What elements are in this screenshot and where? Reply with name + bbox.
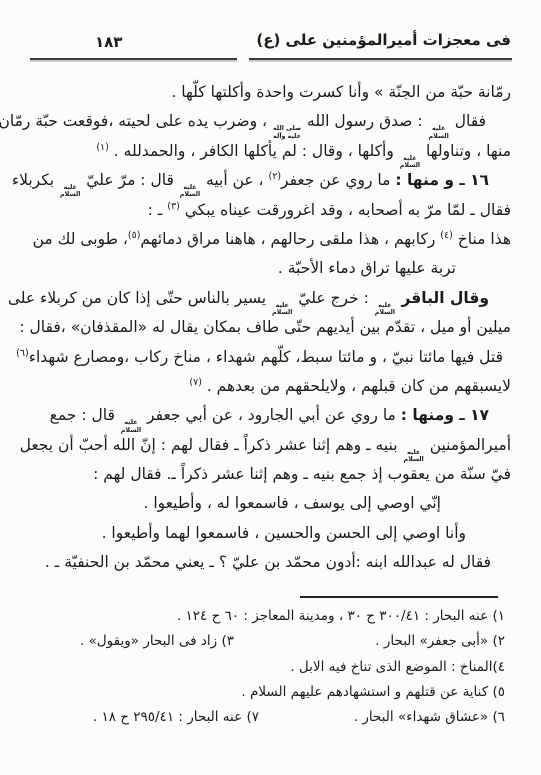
page-title: فى معجزات أميرالمؤمنين على (ع): [256, 31, 511, 49]
text-run: وأنا اوصي إلى الحسن والحسين ، فاسمعوا له…: [102, 524, 466, 542]
footnote-text: ٤)المناخ : الموضع الذى تناخ فيه الابل .: [290, 659, 505, 675]
footnote-ref: (٣): [167, 201, 180, 212]
footnote-row: ٥) كناية عن قتلهم و استشهادهم عليهم السل…: [30, 680, 505, 705]
footnote-text: ٢) «أبى جعفر» البحار .: [375, 633, 505, 649]
body-text: رمّانة حبّة من الجنّة » وأنا كسرت واحدة …: [46, 78, 511, 578]
body-line: فيّ سنّة من يعقوب إذ جمع بنيه ـ وهم إثنا…: [46, 460, 511, 489]
body-line: ميلين أو ميل ، تقدّم بين أيديهم حتّى طاف…: [46, 313, 511, 342]
body-line: فقال ـ لمّا مرّ به أصحابه ، وقد اغرورقت …: [46, 196, 511, 225]
text-run: هذا مناخ: [453, 230, 511, 248]
body-line: أميرالمؤمنين عليهالسلام بنيه ـ وهم إثنا …: [46, 431, 511, 460]
footnote-row: ١) عنه البحار : ٣٠٠/٤١ ح ٣٠ ، ومدينة الم…: [30, 604, 505, 629]
footnote-ref: (٤): [440, 230, 453, 241]
body-line: منها ، وتناولها عليهالسلام وأكلها ، وقال…: [46, 137, 511, 166]
body-line: وأنا اوصي إلى الحسن والحسين ، فاسمعوا له…: [46, 519, 466, 548]
footnote-text: ٧) عنه البحار : ٢٩٥/٤١ ح ١٨ .: [93, 705, 259, 730]
text-run: تربة عليها تراق دماء الأحبّة .: [278, 259, 456, 277]
bold-text-run: وقال الباقر: [396, 289, 489, 307]
text-run: ركابهم ، هذا ملقى رحالهم ، هاهنا مراق دم…: [140, 230, 440, 248]
text-run: ما روي عن أبي الجارود ، عن أبي جعفر: [142, 406, 401, 424]
footnotes: ١) عنه البحار : ٣٠٠/٤١ ح ٣٠ ، ومدينة الم…: [30, 604, 505, 730]
footnote-row: ٢) «أبى جعفر» البحار .٣) زاد فى البحار «…: [30, 629, 505, 654]
footnote-text: ٦) «عشاق شهداء» البحار .: [354, 709, 505, 725]
body-line: فقال عليهالسلام : صدق رسول الله صلى الله…: [46, 107, 486, 136]
text-run: قال : جمع: [50, 406, 120, 424]
footnote-ref: (٢): [268, 171, 281, 182]
text-run: رمّانة حبّة من الجنّة » وأنا كسرت واحدة …: [171, 83, 511, 101]
text-run: فيّ سنّة من يعقوب إذ جمع بنيه ـ وهم إثنا…: [93, 465, 511, 483]
bold-text-run: ١٧ ـ ومنها :: [401, 406, 489, 424]
body-line: ١٦ ـ و منها : ما روي عن جعفر(٢) ، عن أبي…: [46, 166, 489, 195]
footnote-separator: [300, 596, 498, 598]
body-line: وقال الباقر عليهالسلام : خرج عليّ عليهال…: [46, 284, 489, 313]
text-run: إنّي اوصي إلى يوسف ، فاسمعوا له ، وأطيعو…: [144, 494, 442, 512]
text-run: يسير بالناس حتّى إذا كان من كربلاء على: [8, 289, 271, 307]
footnote-ref: (٧): [189, 377, 202, 388]
text-run: فقال له عبدالله ابنه :أدون محمّد بن عليّ…: [45, 553, 491, 571]
text-run: ـ :: [148, 201, 168, 219]
body-line: قتل فيها مائتا نبيّ ، و مائتا سبط، كلّهم…: [46, 343, 503, 372]
text-run: قتل فيها مائتا نبيّ ، و مائتا سبط، كلّهم…: [29, 348, 503, 366]
book-page: فى معجزات أميرالمؤمنين على (ع) ١٨٣ رمّان…: [0, 0, 541, 775]
text-run: فقال: [450, 112, 486, 130]
body-line: هذا مناخ (٤) ركابهم ، هذا ملقى رحالهم ، …: [46, 225, 511, 254]
footnote-ref: (١): [96, 142, 109, 153]
footnote-ref: (٥): [128, 230, 141, 241]
body-line: ١٧ ـ ومنها : ما روي عن أبي الجارود ، عن …: [46, 401, 489, 430]
text-run: ، وضرب يده على لحيته ،فوقعت حبّة رمّان: [0, 112, 272, 130]
footnote-text: ١) عنه البحار : ٣٠٠/٤١ ح ٣٠ ، ومدينة الم…: [177, 608, 505, 624]
text-run: قال : مرّ عليّ: [81, 171, 178, 189]
footnote-text: ٥) كناية عن قتلهم و استشهادهم عليهم السل…: [241, 684, 505, 700]
alayhis-salam-mark: عليهالسلام: [60, 184, 80, 198]
text-run: ، طوبى لك من: [33, 230, 128, 248]
body-line: تربة عليها تراق دماء الأحبّة .: [46, 254, 456, 283]
text-run: فقال ـ لمّا مرّ به أصحابه ، وقد اغرورقت …: [180, 201, 511, 219]
header-rule-right: [249, 58, 512, 60]
text-run: لايسبقهم من كان قبلهم ، ولايلحقهم من بعد…: [202, 377, 511, 395]
text-run: : صدق رسول الله: [302, 112, 427, 130]
header-rule-left: [30, 58, 237, 60]
body-line: فقال له عبدالله ابنه :أدون محمّد بن عليّ…: [46, 548, 491, 577]
text-run: منها ، وتناولها: [421, 142, 511, 160]
text-run: بنيه ـ وهم إثنا عشر ذكراً ـ فقال لهم : إ…: [20, 436, 403, 454]
text-run: ميلين أو ميل ، تقدّم بين أيديهم حتّى طاف…: [19, 318, 511, 336]
text-run: وأكلها ، وقال : لم يأكلها الكافر ، والحم…: [109, 142, 399, 160]
body-line: رمّانة حبّة من الجنّة » وأنا كسرت واحدة …: [46, 78, 511, 107]
bold-text-run: ١٦ ـ و منها :: [395, 171, 489, 189]
text-run: ، عن أبيه: [201, 171, 268, 189]
body-line: لايسبقهم من كان قبلهم ، ولايلحقهم من بعد…: [46, 372, 511, 401]
body-line: إنّي اوصي إلى يوسف ، فاسمعوا له ، وأطيعو…: [46, 489, 441, 518]
footnote-text: ٣) زاد فى البحار «ويقول» .: [80, 629, 234, 654]
text-run: ما روي عن جعفر: [281, 171, 395, 189]
text-run: بكربلاء: [12, 171, 59, 189]
footnote-ref: (٦): [16, 348, 29, 359]
text-run: : خرج عليّ: [293, 289, 373, 307]
page-number: ١٨٣: [95, 33, 122, 51]
text-run: أميرالمؤمنين: [425, 436, 511, 454]
footnote-row: ٤)المناخ : الموضع الذى تناخ فيه الابل .: [30, 655, 505, 680]
footnote-row: ٦) «عشاق شهداء» البحار .٧) عنه البحار : …: [30, 705, 505, 730]
